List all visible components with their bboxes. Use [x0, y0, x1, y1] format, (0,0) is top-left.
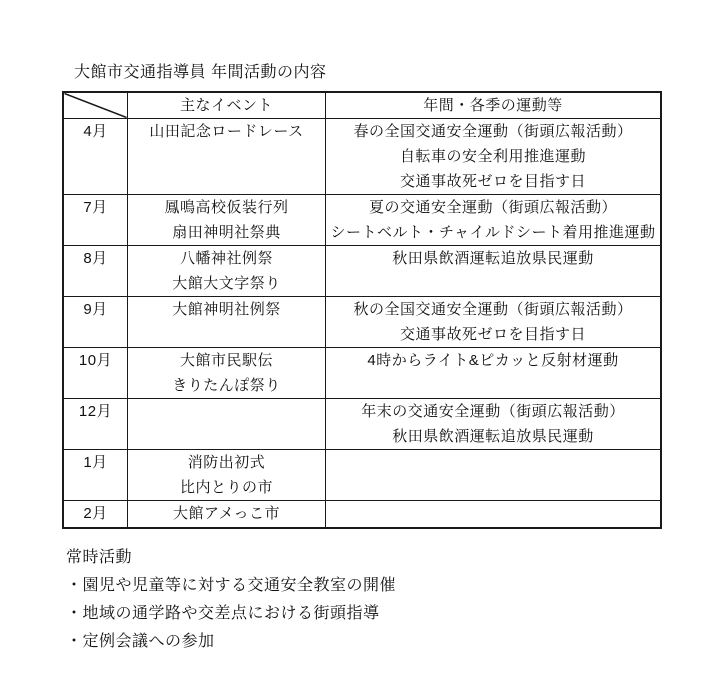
events-cell: 大館市民駅伝 きりたんぽ祭り [127, 348, 325, 398]
table-row-august: 8月 八幡神社例祭 大館大文字祭り 秋田県飲酒運転追放県民運動 [64, 245, 660, 296]
events-cell: 山田記念ロードレース [127, 119, 325, 194]
table-row-september: 9月 大館神明社例祭 秋の全国交通安全運動（街頭広報活動） 交通事故死ゼロを目指… [64, 296, 660, 347]
movements-cell [325, 501, 660, 527]
events-cell: 大館神明社例祭 [127, 297, 325, 347]
event-line: 比内とりの市 [128, 475, 325, 500]
events-cell: 鳳鳴高校仮装行列 扇田神明社祭典 [127, 195, 325, 245]
month-cell: 10月 [64, 348, 127, 398]
events-cell: 消防出初式 比内とりの市 [127, 450, 325, 500]
movements-cell: 春の全国交通安全運動（街頭広報活動） 自転車の安全利用推進運動 交通事故死ゼロを… [325, 119, 660, 194]
event-line: 鳳鳴高校仮装行列 [128, 195, 325, 220]
movements-cell: 夏の交通安全運動（街頭広報活動） シートベルト・チャイルドシート着用推進運動 [325, 195, 660, 245]
movement-line: 夏の交通安全運動（街頭広報活動） [326, 195, 660, 220]
annual-activities-table: 主なイベント 年間・各季の運動等 4月 山田記念ロードレース 春の全国交通安全運… [62, 91, 662, 529]
movements-cell [325, 450, 660, 500]
event-line: 扇田神明社祭典 [128, 220, 325, 245]
table-row-july: 7月 鳳鳴高校仮装行列 扇田神明社祭典 夏の交通安全運動（街頭広報活動） シート… [64, 194, 660, 245]
event-line: 山田記念ロードレース [128, 119, 325, 144]
event-line: 八幡神社例祭 [128, 246, 325, 271]
month-cell: 1月 [64, 450, 127, 500]
movement-line: 交通事故死ゼロを目指す日 [326, 169, 660, 194]
event-line: 大館アメっこ市 [128, 501, 325, 526]
month-cell: 4月 [64, 119, 127, 194]
movement-line: 秋田県飲酒運転追放県民運動 [326, 424, 660, 449]
movements-cell: 秋田県飲酒運転追放県民運動 [325, 246, 660, 296]
regular-activities-section: 常時活動 ・園児や児童等に対する交通安全教室の開催 ・地域の通学路や交差点におけ… [66, 544, 396, 656]
table-row-april: 4月 山田記念ロードレース 春の全国交通安全運動（街頭広報活動） 自転車の安全利… [64, 118, 660, 194]
event-line: 大館神明社例祭 [128, 297, 325, 322]
regular-activity-item: ・定例会議への参加 [66, 628, 396, 656]
event-line: 消防出初式 [128, 450, 325, 475]
movement-line: シートベルト・チャイルドシート着用推進運動 [326, 220, 660, 245]
movement-line: 4時からライト&ピカッと反射材運動 [326, 348, 660, 373]
event-line: きりたんぽ祭り [128, 373, 325, 398]
month-cell: 9月 [64, 297, 127, 347]
table-header-row: 主なイベント 年間・各季の運動等 [64, 93, 660, 118]
diagonal-line-icon [64, 93, 127, 118]
month-cell: 12月 [64, 399, 127, 449]
regular-activity-item: ・園児や児童等に対する交通安全教室の開催 [66, 572, 396, 600]
table-row-december: 12月 年末の交通安全運動（街頭広報活動） 秋田県飲酒運転追放県民運動 [64, 398, 660, 449]
movement-line: 秋田県飲酒運転追放県民運動 [326, 246, 660, 271]
regular-activities-heading: 常時活動 [66, 544, 396, 572]
header-corner-cell [64, 93, 127, 118]
table-row-january: 1月 消防出初式 比内とりの市 [64, 449, 660, 500]
header-main-events: 主なイベント [127, 93, 325, 118]
events-cell [127, 399, 325, 449]
movements-cell: 年末の交通安全運動（街頭広報活動） 秋田県飲酒運転追放県民運動 [325, 399, 660, 449]
regular-activity-item: ・地域の通学路や交差点における街頭指導 [66, 600, 396, 628]
table-row-october: 10月 大館市民駅伝 きりたんぽ祭り 4時からライト&ピカッと反射材運動 [64, 347, 660, 398]
events-cell: 八幡神社例祭 大館大文字祭り [127, 246, 325, 296]
movement-line: 春の全国交通安全運動（街頭広報活動） [326, 119, 660, 144]
movement-line: 秋の全国交通安全運動（街頭広報活動） [326, 297, 660, 322]
month-cell: 7月 [64, 195, 127, 245]
document-page: 大館市交通指導員 年間活動の内容 主なイベント 年間・各季の運動等 4月 山田記… [0, 0, 724, 692]
movement-line: 自転車の安全利用推進運動 [326, 144, 660, 169]
table-row-february: 2月 大館アメっこ市 [64, 500, 660, 527]
month-cell: 2月 [64, 501, 127, 527]
event-line: 大館大文字祭り [128, 271, 325, 296]
header-movements: 年間・各季の運動等 [325, 93, 660, 118]
movements-cell: 秋の全国交通安全運動（街頭広報活動） 交通事故死ゼロを目指す日 [325, 297, 660, 347]
movements-cell: 4時からライト&ピカッと反射材運動 [325, 348, 660, 398]
month-cell: 8月 [64, 246, 127, 296]
page-title: 大館市交通指導員 年間活動の内容 [74, 63, 326, 83]
movement-line: 交通事故死ゼロを目指す日 [326, 322, 660, 347]
events-cell: 大館アメっこ市 [127, 501, 325, 527]
event-line: 大館市民駅伝 [128, 348, 325, 373]
movement-line: 年末の交通安全運動（街頭広報活動） [326, 399, 660, 424]
